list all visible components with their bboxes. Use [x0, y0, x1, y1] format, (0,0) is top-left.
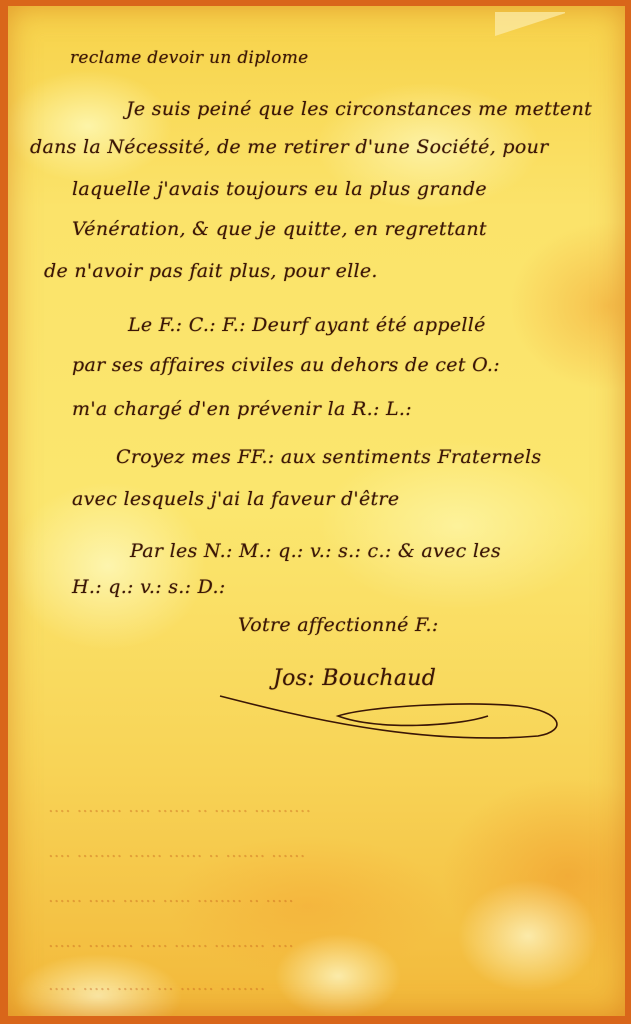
closing-line: Votre affectionné F.:	[238, 614, 439, 636]
letter-line: par ses affaires civiles au dehors de ce…	[72, 354, 500, 376]
letter-line: Je suis peiné que les circonstances me m…	[126, 98, 592, 120]
bleed-through-text: ...... ....... .. ...... ...... ........…	[48, 841, 305, 862]
letter-line: avec lesquels j'ai la faveur d'être	[72, 488, 399, 510]
letter-line: Vénération, & que je quitte, en regretta…	[72, 218, 487, 240]
letter-paper: .......... ...... .. ...... .... .......…	[8, 6, 625, 1016]
bleed-through-text: .... ......... ...... ..... ........ ...…	[48, 931, 294, 952]
bleed-through-text: ..... .. ........ ..... ...... ..... ...…	[48, 886, 294, 907]
letter-line: laquelle j'avais toujours eu la plus gra…	[72, 178, 487, 200]
torn-corner	[495, 12, 565, 36]
letter-line: m'a chargé d'en prévenir la R.: L.:	[72, 398, 412, 420]
letter-line: H.: q.: v.: s.: D.:	[72, 576, 226, 598]
bleed-through-text: .......... ...... .. ...... .... .......…	[48, 796, 311, 817]
letter-line: de n'avoir pas fait plus, pour elle.	[44, 260, 378, 282]
letter-line: Le F.: C.: F.: Deurf ayant été appellé	[128, 314, 486, 336]
letter-line: Croyez mes FF.: aux sentiments Fraternel…	[116, 446, 541, 468]
letter-line: reclame devoir un diplome	[70, 48, 308, 68]
signature-flourish-icon	[218, 686, 578, 756]
letter-line: dans la Nécessité, de me retirer d'une S…	[30, 136, 549, 158]
bleed-through-text: ........ ...... ... ...... ..... .....	[48, 974, 265, 995]
document-scan: .......... ...... .. ...... .... .......…	[0, 0, 631, 1024]
letter-line: Par les N.: M.: q.: v.: s.: c.: & avec l…	[130, 540, 501, 562]
